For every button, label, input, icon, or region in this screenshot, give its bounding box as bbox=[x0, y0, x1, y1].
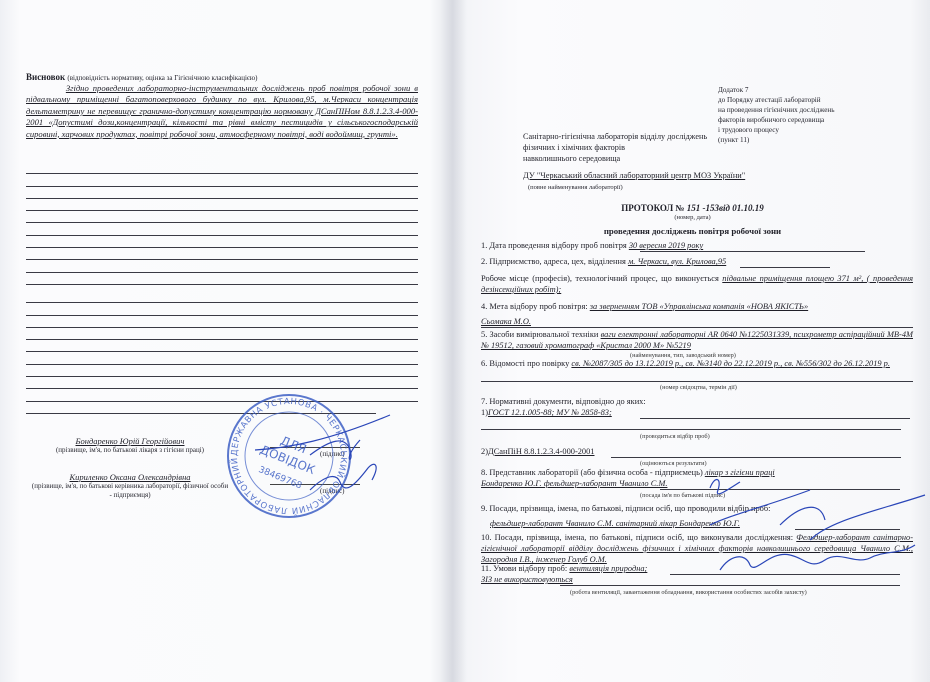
laboratory-name-caption: (повне найменування лабораторії) bbox=[528, 184, 623, 191]
item-1-sampling-date: 1. Дата проведення відбору проб повітря … bbox=[481, 240, 913, 251]
item-7-doc-1: 1)ГОСТ 12.1.005-88; МУ № 2858-83; bbox=[481, 407, 913, 418]
lab-line: Санітарно-гігієнічна лабораторія відділу… bbox=[523, 131, 707, 142]
signature-block-hygienist: Бондаренко Юрій Георгійович (прізвище, і… bbox=[30, 436, 230, 455]
fill-line bbox=[740, 267, 830, 268]
addendum-reference: Додаток 7 до Порядку атестації лаборатор… bbox=[718, 85, 835, 145]
item-7-doc-2: 2)ДСанПіН 8.8.1.2.3.4-000-2001 bbox=[481, 446, 913, 457]
item-7-normative-docs: 7. Нормативні документи, відповідно до я… bbox=[481, 396, 913, 407]
item-prefix: 2) bbox=[481, 447, 488, 456]
item-7-2-caption: (оцінюються результати) bbox=[640, 460, 707, 467]
fill-line bbox=[611, 457, 901, 458]
item-3-workplace: Робоче місце (професія), технологічний п… bbox=[481, 273, 913, 295]
item-label: 1. Дата проведення відбору проб повітря bbox=[481, 241, 629, 250]
conclusion-text: Згідно проведених лабораторно-інструмент… bbox=[26, 83, 418, 140]
fill-line bbox=[640, 418, 910, 419]
conclusion-note: (відповідність нормативу, оцінка за Гігі… bbox=[67, 74, 257, 82]
protocol-number: 151 -153від 01.10.19 bbox=[687, 203, 764, 213]
protocol-number-caption: (номер, дата) bbox=[470, 214, 915, 221]
protocol-title: ПРОТОКОЛ № 151 -153від 01.10.19 bbox=[470, 203, 915, 213]
addendum-line: факторів виробничого середовища bbox=[718, 115, 835, 125]
item-value: м. Черкаси, вул. Крилова,95 bbox=[628, 257, 726, 266]
item-11-caption: (робота вентиляції, завантаження обладна… bbox=[570, 589, 807, 596]
item-value: ЗІЗ не використовуються bbox=[481, 575, 573, 584]
fill-line bbox=[481, 381, 913, 382]
item-4-purpose: 4. Мета відбору проб повітря: за звернен… bbox=[481, 301, 913, 312]
laboratory-full-name: ДУ "Черкаський обласний лабораторний цен… bbox=[523, 171, 745, 180]
blank-ruled-lines bbox=[26, 162, 418, 414]
addendum-line: (пункт 11) bbox=[718, 135, 835, 145]
handwritten-signatures-right bbox=[690, 470, 930, 580]
fill-line bbox=[481, 327, 913, 328]
fill-line bbox=[481, 429, 901, 430]
item-label: Робоче місце (професія), технологічний п… bbox=[481, 274, 722, 283]
item-label: 2. Підприємство, адреса, цех, відділення bbox=[481, 257, 628, 266]
item-5-instruments: 5. Засоби вимірювальної техніки ваги еле… bbox=[481, 329, 913, 351]
item-value: вентиляція природна; bbox=[569, 564, 647, 573]
left-page: Висновок (відповідність нормативу, оцінк… bbox=[0, 0, 450, 682]
conclusion-heading: Висновок (відповідність нормативу, оцінк… bbox=[26, 72, 257, 82]
conclusion-title: Висновок bbox=[26, 72, 65, 82]
item-label: 6. Відомості про повірку bbox=[481, 359, 571, 368]
addendum-line: до Порядку атестації лабораторій bbox=[718, 95, 835, 105]
conclusion-text-content: Згідно проведених лабораторно-інструмент… bbox=[26, 83, 418, 139]
lab-line: фізичних і хімічних факторів bbox=[523, 142, 707, 153]
fill-line bbox=[640, 251, 865, 252]
item-7-1-caption: (проводиться відбір проб) bbox=[640, 433, 710, 440]
handwritten-signatures bbox=[250, 410, 400, 500]
item-value: за зверненням ТОВ «Управлінська компанія… bbox=[590, 302, 808, 311]
item-4-purpose-cont: Сьомака М.О. bbox=[481, 316, 913, 327]
addendum-line: Додаток 7 bbox=[718, 85, 835, 95]
item-value: 30 вересня 2019 року bbox=[629, 241, 703, 250]
item-label: 8. Представник лабораторії (або фізична … bbox=[481, 468, 705, 477]
protocol-subtitle: проведення досліджень повітря робочої зо… bbox=[470, 226, 915, 236]
item-value: Сьомака М.О. bbox=[481, 317, 531, 326]
item-label: 11. Умови відбору проб: bbox=[481, 564, 569, 573]
item-value: ГОСТ 12.1.005-88; МУ № 2858-83; bbox=[488, 408, 612, 417]
item-value: Бондаренко Ю.Г. фельдшер-лаборант Чванил… bbox=[481, 479, 667, 488]
laboratory-department: Санітарно-гігієнічна лабораторія відділу… bbox=[523, 131, 707, 164]
signatory-name: Бондаренко Юрій Георгійович bbox=[30, 436, 230, 446]
addendum-line: на проведення гігієнічних досліджень bbox=[718, 105, 835, 115]
protocol-title-prefix: ПРОТОКОЛ № bbox=[621, 203, 686, 213]
signatory-role: (прізвище, ім'я, по батькові керівника л… bbox=[30, 482, 230, 500]
item-value: св. №2087/305 до 13.12.2019 р., св. №314… bbox=[571, 359, 890, 368]
lab-line: навколишнього середовища bbox=[523, 153, 707, 164]
addendum-line: і трудового процесу bbox=[718, 125, 835, 135]
item-6-caption: (номер свідоцтва, термін дії) bbox=[660, 384, 737, 391]
item-value: ДСанПіН 8.8.1.2.3.4-000-2001 bbox=[488, 447, 595, 456]
item-label: 4. Мета відбору проб повітря: bbox=[481, 302, 590, 311]
item-6-verification: 6. Відомості про повірку св. №2087/305 д… bbox=[481, 358, 913, 369]
item-label: 5. Засоби вимірювальної техніки bbox=[481, 330, 601, 339]
signatory-role: (прізвище, ім'я, по батькові лікаря з гі… bbox=[30, 446, 230, 455]
signature-block-head: Кириленко Оксана Олександрівна (прізвище… bbox=[30, 472, 230, 500]
item-label: 7. Нормативні документи, відповідно до я… bbox=[481, 397, 646, 406]
item-prefix: 1) bbox=[481, 408, 488, 417]
signatory-name: Кириленко Оксана Олександрівна bbox=[30, 472, 230, 482]
fill-line bbox=[560, 585, 900, 586]
item-2-enterprise: 2. Підприємство, адреса, цех, відділення… bbox=[481, 256, 913, 267]
